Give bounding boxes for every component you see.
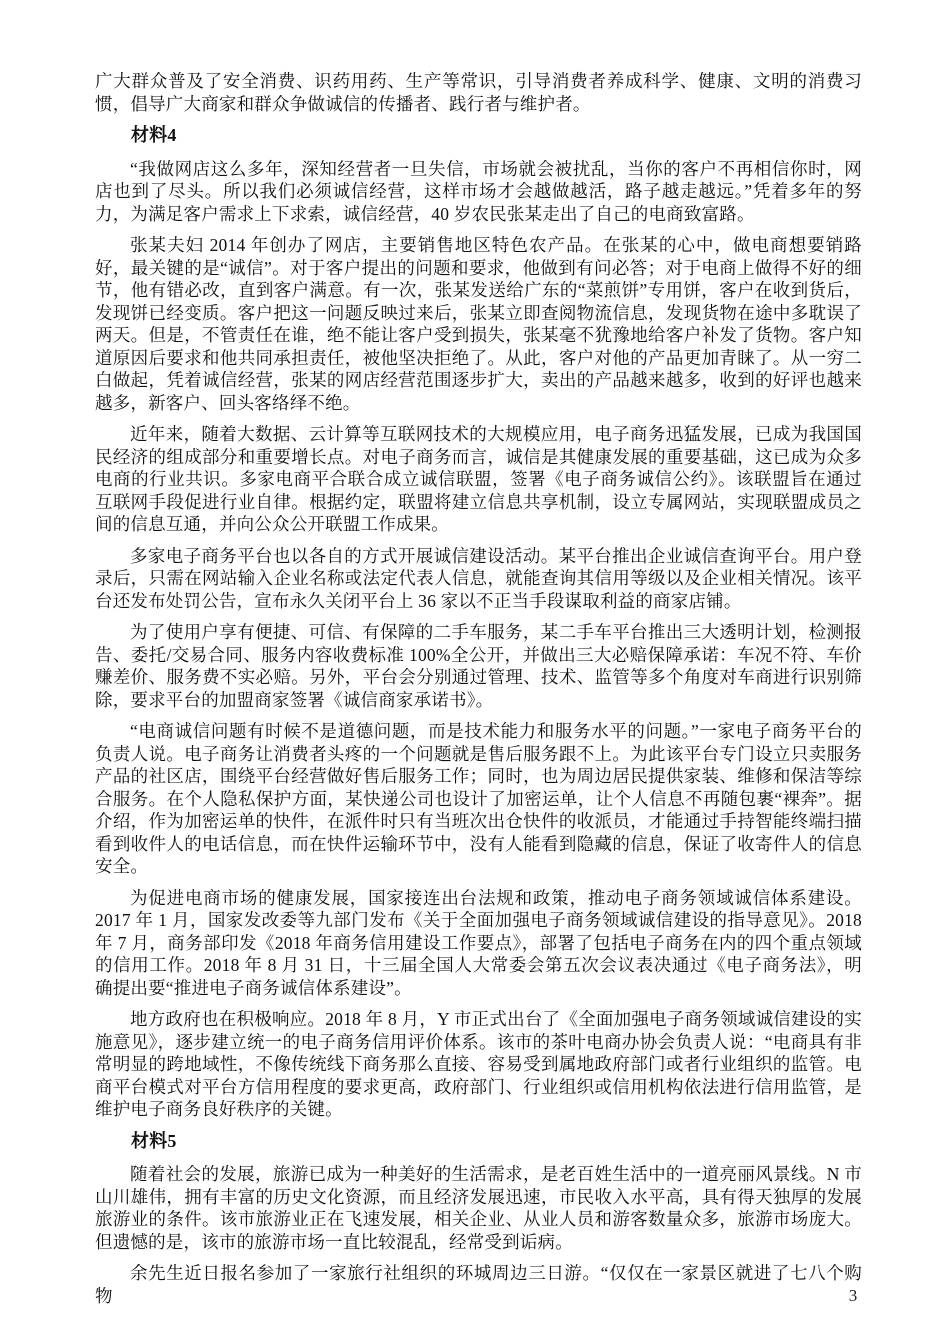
heading-material-4: 材料4 — [95, 124, 862, 147]
paragraph: 地方政府也在积极响应。2018 年 8 月，Y 市正式出台了《全面加强电子商务领… — [95, 1008, 862, 1121]
document-body: 广大群众普及了安全消费、识药用药、生产等常识，引导消费者养成科学、健康、文明的消… — [95, 70, 862, 1316]
paragraph: 为了使用户享有便捷、可信、有保障的二手车服务，某二手车平台推出三大透明计划，检测… — [95, 621, 862, 711]
paragraph: 为促进电商市场的健康发展，国家接连出台法规和政策，推动电子商务领域诚信体系建设。… — [95, 887, 862, 1000]
paragraph: 多家电子商务平台也以各自的方式开展诚信建设活动。某平台推出企业诚信查询平台。用户… — [95, 545, 862, 613]
paragraph-continuation: 广大群众普及了安全消费、识药用药、生产等常识，引导消费者养成科学、健康、文明的消… — [95, 70, 862, 115]
heading-material-5: 材料5 — [95, 1130, 862, 1153]
page-number: 3 — [838, 1286, 868, 1306]
paragraph: 余先生近日报名参加了一家旅行社组织的环城周边三日游。“仅仅在一家景区就进了七八个… — [95, 1262, 862, 1307]
paragraph: 近年来，随着大数据、云计算等互联网技术的大规模应用，电子商务迅猛发展，已成为我国… — [95, 423, 862, 536]
document-page: 广大群众普及了安全消费、识药用药、生产等常识，引导消费者养成科学、健康、文明的消… — [0, 0, 950, 1344]
paragraph: “电商诚信问题有时候不是道德问题，而是技术能力和服务水平的问题。”一家电子商务平… — [95, 720, 862, 878]
paragraph: 张某夫妇 2014 年创办了网店，主要销售地区特色农产品。在张某的心中，做电商想… — [95, 234, 862, 414]
paragraph: “我做网店这么多年，深知经营者一旦失信，市场就会被扰乱，当你的客户不再相信你时，… — [95, 158, 862, 226]
paragraph: 随着社会的发展，旅游已成为一种美好的生活需求，是老百姓生活中的一道亮丽风景线。N… — [95, 1163, 862, 1253]
